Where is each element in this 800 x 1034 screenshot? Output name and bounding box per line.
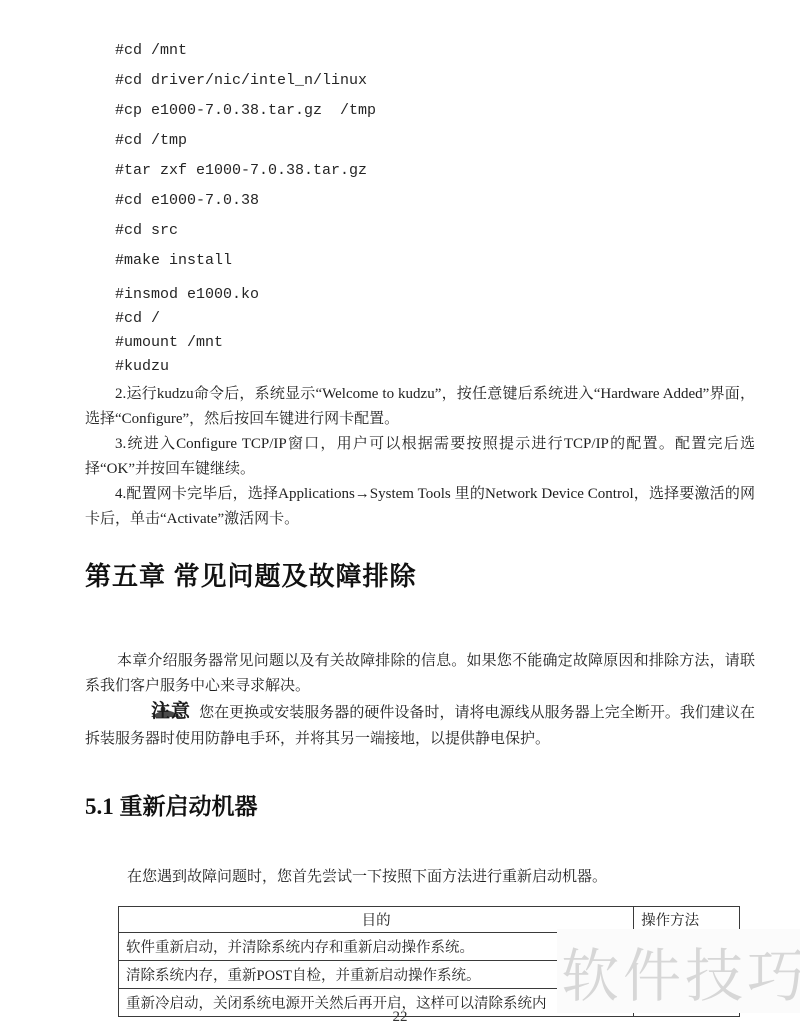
command-listing: #cd /mnt #cd driver/nic/intel_n/linux #c… <box>115 42 755 382</box>
section-intro-paragraph: 在您遇到故障问题时，您首先尝试一下按照下面方法进行重新启动机器。 <box>85 865 755 890</box>
attention-icon <box>117 701 151 715</box>
command-line: #tar zxf e1000-7.0.38.tar.gz <box>115 162 755 192</box>
command-line: #cp e1000-7.0.38.tar.gz /tmp <box>115 102 755 132</box>
section-title: 5.1 重新启动机器 <box>85 788 755 821</box>
command-line: #umount /mnt <box>115 334 755 358</box>
chapter-title: 第五章 常见问题及故障排除 <box>85 556 755 593</box>
note-label: 注意 <box>151 701 191 722</box>
command-line: #cd / <box>115 310 755 334</box>
command-line: #cd e1000-7.0.38 <box>115 192 755 222</box>
command-line: #insmod e1000.ko <box>115 286 755 310</box>
command-line: #make install <box>115 252 755 282</box>
step-2-paragraph: 2.运行kudzu命令后，系统显示“Welcome to kudzu”，按任意键… <box>85 382 755 432</box>
step-4-paragraph: 4.配置网卡完毕后，选择Applications→System Tools 里的… <box>85 482 755 532</box>
command-line: #cd driver/nic/intel_n/linux <box>115 72 755 102</box>
command-line: #cd /mnt <box>115 42 755 72</box>
watermark-block: 软件技巧 <box>557 929 800 1013</box>
note-paragraph: 注意您在更换或安装服务器的硬件设备时，请将电源线从服务器上完全断开。我们建议在拆… <box>85 699 755 752</box>
page-content: #cd /mnt #cd driver/nic/intel_n/linux #c… <box>0 0 800 1017</box>
chapter-intro-paragraph: 本章介绍服务器常见问题以及有关故障排除的信息。如果您不能确定故障原因和排除方法，… <box>85 649 755 699</box>
page-number: 22 <box>0 1009 800 1026</box>
command-line: #kudzu <box>115 358 755 382</box>
command-line: #cd /tmp <box>115 132 755 162</box>
watermark-text: 软件技巧 <box>561 929 800 1013</box>
command-line: #cd src <box>115 222 755 252</box>
step-3-paragraph: 3.统进入Configure TCP/IP窗口，用户可以根据需要按照提示进行TC… <box>85 432 755 482</box>
document-page: #cd /mnt #cd driver/nic/intel_n/linux #c… <box>0 0 800 1034</box>
